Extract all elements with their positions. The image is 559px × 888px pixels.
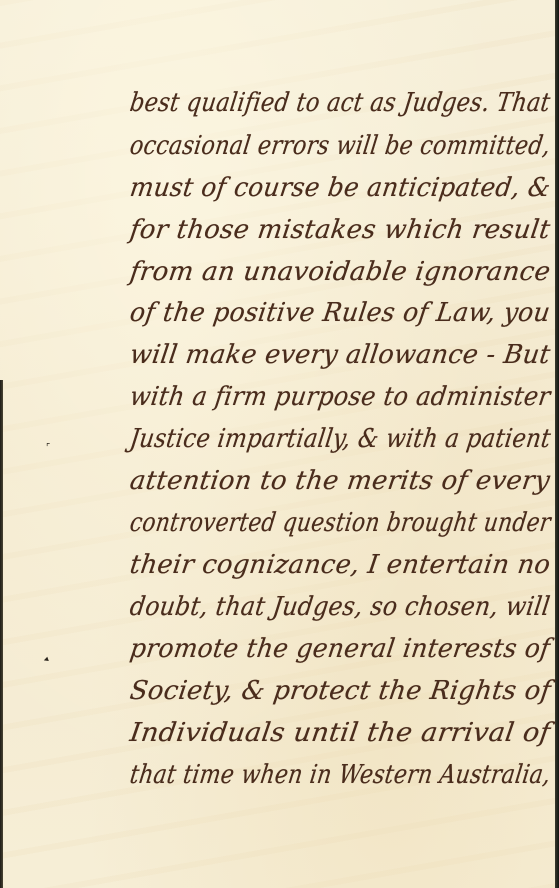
text-line-6: of the positive Rules of Law, you <box>128 298 552 328</box>
manuscript-page: ⌜ ◂ best qualified to act as Judges. Tha… <box>0 0 559 888</box>
text-line-2: occasional errors will be committed, <box>128 131 552 161</box>
handwritten-text: best qualified to act as Judges. That oc… <box>0 0 559 888</box>
text-line-11: controverted question brought under <box>128 508 553 538</box>
text-line-15: Society, & protect the Rights of <box>128 676 553 706</box>
text-line-14: promote the general interests of <box>128 634 552 664</box>
text-line-7: will make every allowance - But <box>128 340 552 370</box>
text-line-1: best qualified to act as Judges. That <box>128 88 552 118</box>
text-line-5: from an unavoidable ignorance <box>128 257 552 287</box>
text-line-9: Justice impartially, & with a patient <box>128 424 553 454</box>
text-line-10: attention to the merits of every <box>128 466 552 496</box>
text-line-8: with a firm purpose to administer <box>128 382 552 412</box>
text-line-12: their cognizance, I entertain no <box>128 550 552 580</box>
text-line-3: must of course be anticipated, & <box>128 173 552 203</box>
text-line-13: doubt, that Judges, so chosen, will <box>128 592 552 622</box>
text-line-16: Individuals until the arrival of <box>128 718 552 748</box>
text-line-4: for those mistakes which result <box>128 215 552 245</box>
text-line-17: that time when in Western Australia, <box>128 760 553 790</box>
